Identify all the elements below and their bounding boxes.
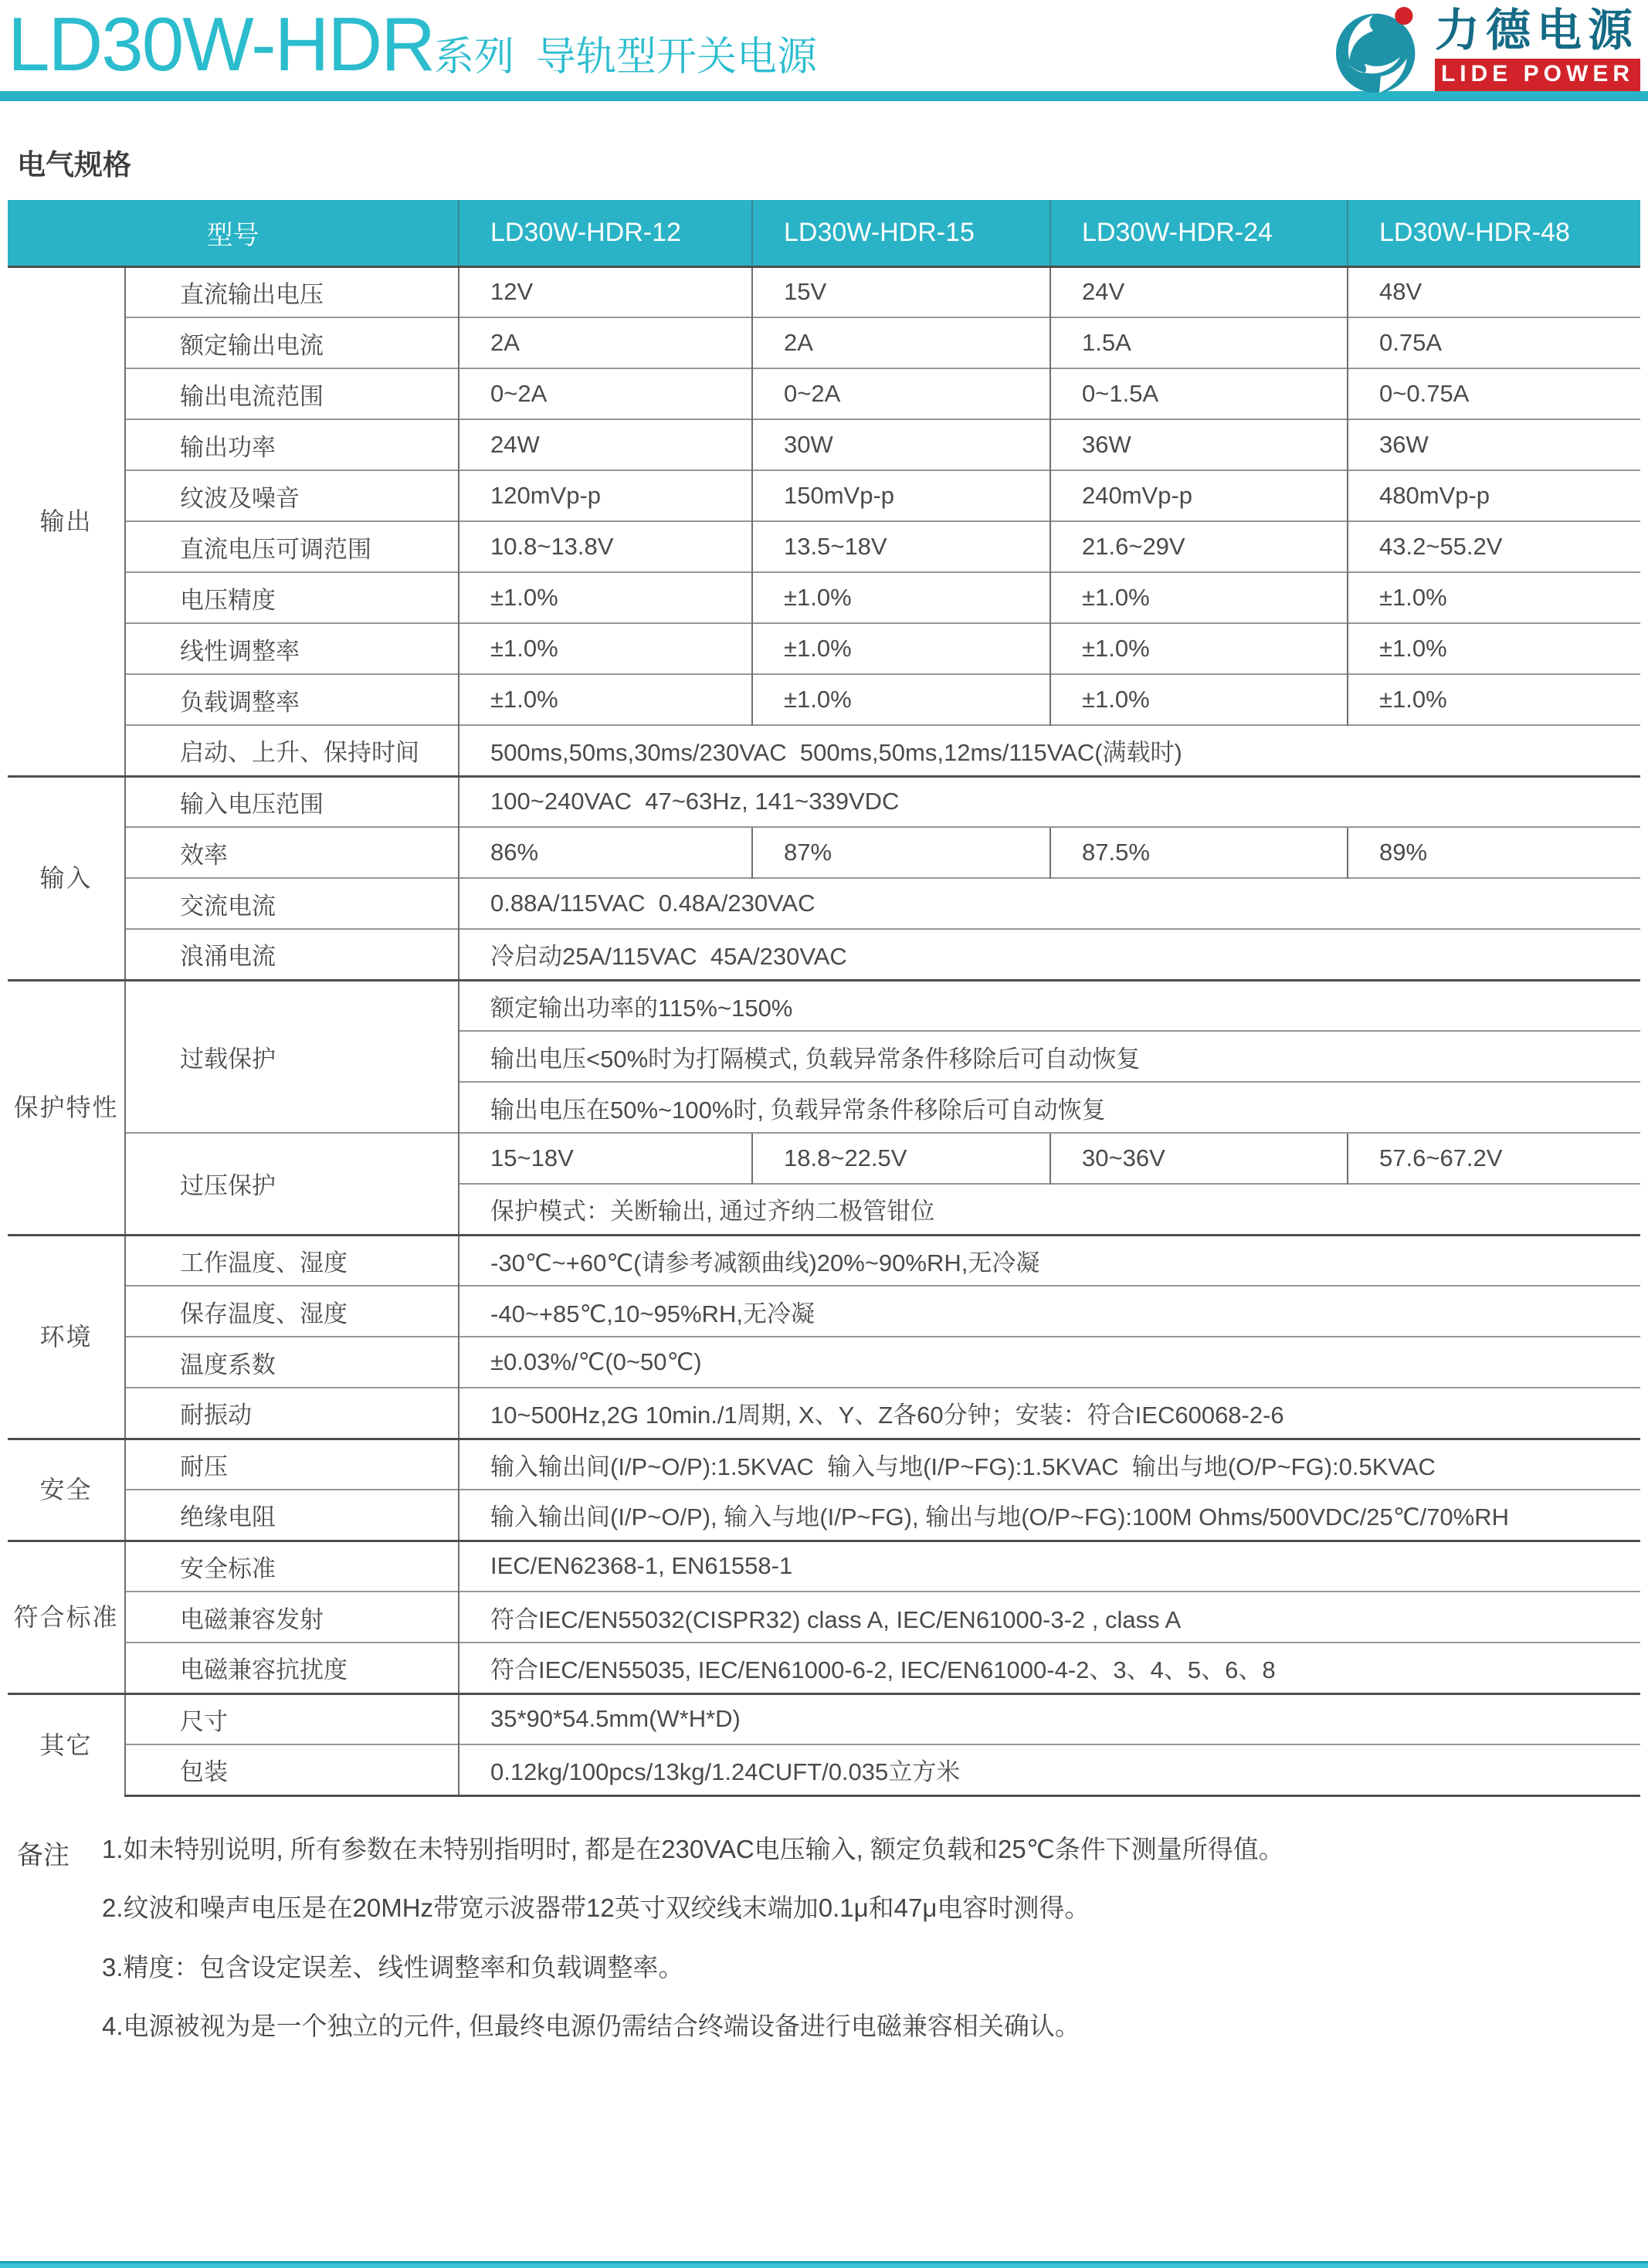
spec-label: 耐压 [125, 1439, 459, 1490]
company-logo: 力德电源 LIDE POWER [1334, 6, 1640, 100]
spec-value: 480mVp-p [1348, 470, 1640, 521]
spec-label: 保存温度、湿度 [125, 1286, 459, 1337]
spec-value-span: 输入输出间(I/P~O/P), 输入与地(I/P~FG), 输出与地(O/P~F… [459, 1490, 1640, 1541]
spec-value: ±1.0% [1348, 572, 1640, 623]
spec-value: ±1.0% [459, 572, 752, 623]
lide-swirl-logo-icon [1334, 6, 1424, 100]
spec-value-span: 100~240VAC 47~63Hz, 141~339VDC [459, 776, 1640, 827]
section-safety: 安全 耐压 输入输出间(I/P~O/P):1.5KVAC 输入与地(I/P~FG… [8, 1439, 1640, 1541]
section-category: 输入 [8, 776, 125, 980]
notes-label: 备注 [17, 1832, 102, 2069]
spec-section-heading: 电气规格 [17, 141, 1648, 183]
spec-value: 87.5% [1050, 827, 1348, 878]
note-item: 3.精度：包含设定误差、线性调整率和负载调整率。 [102, 1951, 1284, 1985]
spec-value: ±1.0% [1050, 572, 1348, 623]
spec-label: 线性调整率 [125, 623, 459, 674]
spec-label: 直流输出电压 [125, 266, 459, 317]
section-others: 其它 尺寸 35*90*54.5mm(W*H*D) 包装 0.12kg/100p… [8, 1693, 1640, 1795]
notes-list: 1.如未特别说明, 所有参数在未特别指明时, 都是在230VAC电压输入, 额定… [102, 1832, 1284, 2069]
section-standards: 符合标准 安全标准 IEC/EN62368-1, EN61558-1 电磁兼容发… [8, 1541, 1640, 1693]
spec-value: 1.5A [1050, 317, 1348, 368]
spec-value-span: 输入输出间(I/P~O/P):1.5KVAC 输入与地(I/P~FG):1.5K… [459, 1439, 1640, 1490]
spec-value: ±1.0% [752, 572, 1050, 623]
spec-label: 绝缘电阻 [125, 1490, 459, 1541]
spec-label: 效率 [125, 827, 459, 878]
spec-value-span: -30℃~+60℃(请参考减额曲线)20%~90%RH,无冷凝 [459, 1235, 1640, 1286]
spec-value: 24W [459, 419, 752, 470]
note-item: 1.如未特别说明, 所有参数在未特别指明时, 都是在230VAC电压输入, 额定… [102, 1832, 1284, 1867]
notes-block: 备注 1.如未特别说明, 所有参数在未特别指明时, 都是在230VAC电压输入,… [17, 1832, 1648, 2069]
spec-label: 输入电压范围 [125, 776, 459, 827]
spec-value: 43.2~55.2V [1348, 521, 1640, 572]
spec-value-span: 输出电压<50%时为打隔模式, 负载异常条件移除后可自动恢复 [459, 1031, 1640, 1082]
spec-value: 240mVp-p [1050, 470, 1348, 521]
spec-label: 直流电压可调范围 [125, 521, 459, 572]
spec-label: 电磁兼容抗扰度 [125, 1643, 459, 1693]
spec-label: 过压保护 [125, 1133, 459, 1235]
series-suffix: 系列 [434, 35, 514, 80]
spec-value: 15~18V [459, 1133, 752, 1184]
spec-value: 30~36V [1050, 1133, 1348, 1184]
spec-value-span: ±0.03%/℃(0~50℃) [459, 1337, 1640, 1388]
section-environment: 环境 工作温度、湿度 -30℃~+60℃(请参考减额曲线)20%~90%RH,无… [8, 1235, 1640, 1439]
spec-label: 安全标准 [125, 1541, 459, 1592]
spec-value-span: 35*90*54.5mm(W*H*D) [459, 1693, 1640, 1744]
spec-value: 89% [1348, 827, 1640, 878]
spec-value: 36W [1348, 419, 1640, 470]
page-header: LD30W-HDR系列导轨型开关电源 力德电源 LIDE POWER [0, 0, 1648, 91]
spec-label: 温度系数 [125, 1337, 459, 1388]
spec-label: 耐振动 [125, 1388, 459, 1439]
spec-value: 36W [1050, 419, 1348, 470]
spec-label: 工作温度、湿度 [125, 1235, 459, 1286]
spec-label: 启动、上升、保持时间 [125, 725, 459, 776]
spec-value: ±1.0% [752, 623, 1050, 674]
spec-value: 0~2A [752, 368, 1050, 419]
product-type-title: 导轨型开关电源 [536, 35, 817, 80]
spec-value: 48V [1348, 266, 1640, 317]
section-protection: 保护特性 过载保护 额定输出功率的115%~150% 输出电压<50%时为打隔模… [8, 980, 1640, 1235]
spec-value: 2A [752, 317, 1050, 368]
spec-value-span: 符合IEC/EN55035, IEC/EN61000-6-2, IEC/EN61… [459, 1643, 1640, 1693]
note-item: 4.电源被视为是一个独立的元件, 但最终电源仍需结合终端设备进行电磁兼容相关确认… [102, 2009, 1284, 2044]
series-code: LD30W-HDR [8, 2, 434, 86]
spec-value-span: 冷启动25A/115VAC 45A/230VAC [459, 929, 1640, 980]
spec-value: 0~0.75A [1348, 368, 1640, 419]
logo-company-name-en: LIDE POWER [1435, 59, 1640, 91]
spec-value-span: 10~500Hz,2G 10min./1周期, X、Y、Z各60分钟；安装：符合… [459, 1388, 1640, 1439]
spec-value-span: 500ms,50ms,30ms/230VAC 500ms,50ms,12ms/1… [459, 725, 1640, 776]
spec-value: ±1.0% [752, 674, 1050, 725]
spec-value: 13.5~18V [752, 521, 1050, 572]
spec-label: 交流电流 [125, 878, 459, 929]
spec-value: ±1.0% [459, 674, 752, 725]
spec-value-span: 符合IEC/EN55032(CISPR32) class A, IEC/EN61… [459, 1592, 1640, 1643]
section-category: 其它 [8, 1693, 125, 1795]
spec-value-span: 0.88A/115VAC 0.48A/230VAC [459, 878, 1640, 929]
section-category: 环境 [8, 1235, 125, 1439]
spec-value: ±1.0% [1050, 623, 1348, 674]
spec-value: 24V [1050, 266, 1348, 317]
section-input: 输入 输入电压范围 100~240VAC 47~63Hz, 141~339VDC… [8, 776, 1640, 980]
spec-value: ±1.0% [1348, 623, 1640, 674]
spec-value: 15V [752, 266, 1050, 317]
spec-value-span: 0.12kg/100pcs/13kg/1.24CUFT/0.035立方米 [459, 1744, 1640, 1795]
column-header-hdr24: LD30W-HDR-24 [1050, 200, 1348, 266]
spec-value: 150mVp-p [752, 470, 1050, 521]
spec-value: 0.75A [1348, 317, 1640, 368]
spec-value: 10.8~13.8V [459, 521, 752, 572]
spec-value-span: -40~+85℃,10~95%RH,无冷凝 [459, 1286, 1640, 1337]
spec-table-header: 型号 LD30W-HDR-12 LD30W-HDR-15 LD30W-HDR-2… [8, 200, 1640, 266]
footer-rule [0, 2261, 1648, 2268]
section-category: 输出 [8, 266, 125, 776]
column-header-hdr12: LD30W-HDR-12 [459, 200, 752, 266]
spec-value: 57.6~67.2V [1348, 1133, 1640, 1184]
section-category: 符合标准 [8, 1541, 125, 1693]
electrical-spec-table: 型号 LD30W-HDR-12 LD30W-HDR-15 LD30W-HDR-2… [8, 200, 1640, 1797]
spec-label: 纹波及噪音 [125, 470, 459, 521]
section-category: 安全 [8, 1439, 125, 1541]
spec-label: 浪涌电流 [125, 929, 459, 980]
spec-value: ±1.0% [459, 623, 752, 674]
logo-company-name-cn: 力德电源 [1435, 6, 1640, 56]
column-header-hdr48: LD30W-HDR-48 [1348, 200, 1640, 266]
spec-value-span: 输出电压在50%~100%时, 负载异常条件移除后可自动恢复 [459, 1082, 1640, 1133]
spec-value: 30W [752, 419, 1050, 470]
column-header-hdr15: LD30W-HDR-15 [752, 200, 1050, 266]
section-category: 保护特性 [8, 980, 125, 1235]
spec-value: 12V [459, 266, 752, 317]
page-title: LD30W-HDR系列导轨型开关电源 [8, 5, 817, 84]
spec-label: 过载保护 [125, 980, 459, 1133]
spec-value: 21.6~29V [1050, 521, 1348, 572]
spec-label: 输出功率 [125, 419, 459, 470]
spec-label: 尺寸 [125, 1693, 459, 1744]
spec-value-span: IEC/EN62368-1, EN61558-1 [459, 1541, 1640, 1592]
spec-value-span: 额定输出功率的115%~150% [459, 980, 1640, 1031]
spec-value: 0~1.5A [1050, 368, 1348, 419]
spec-value: 18.8~22.5V [752, 1133, 1050, 1184]
note-item: 2.纹波和噪声电压是在20MHz带宽示波器带12英寸双绞线末端加0.1μ和47μ… [102, 1891, 1284, 1926]
spec-label: 电压精度 [125, 572, 459, 623]
spec-value: 120mVp-p [459, 470, 752, 521]
section-output: 输出 直流输出电压 12V 15V 24V 48V 额定输出电流 2A 2A 1… [8, 266, 1640, 776]
column-header-model: 型号 [8, 200, 459, 266]
spec-value-span: 保护模式：关断输出, 通过齐纳二极管钳位 [459, 1184, 1640, 1235]
spec-value: 86% [459, 827, 752, 878]
spec-value: ±1.0% [1050, 674, 1348, 725]
spec-value: ±1.0% [1348, 674, 1640, 725]
spec-value: 87% [752, 827, 1050, 878]
spec-label: 负载调整率 [125, 674, 459, 725]
spec-label: 输出电流范围 [125, 368, 459, 419]
spec-label: 包装 [125, 1744, 459, 1795]
spec-value: 0~2A [459, 368, 752, 419]
spec-label: 电磁兼容发射 [125, 1592, 459, 1643]
logo-text: 力德电源 LIDE POWER [1435, 6, 1640, 91]
spec-value: 2A [459, 317, 752, 368]
spec-label: 额定输出电流 [125, 317, 459, 368]
